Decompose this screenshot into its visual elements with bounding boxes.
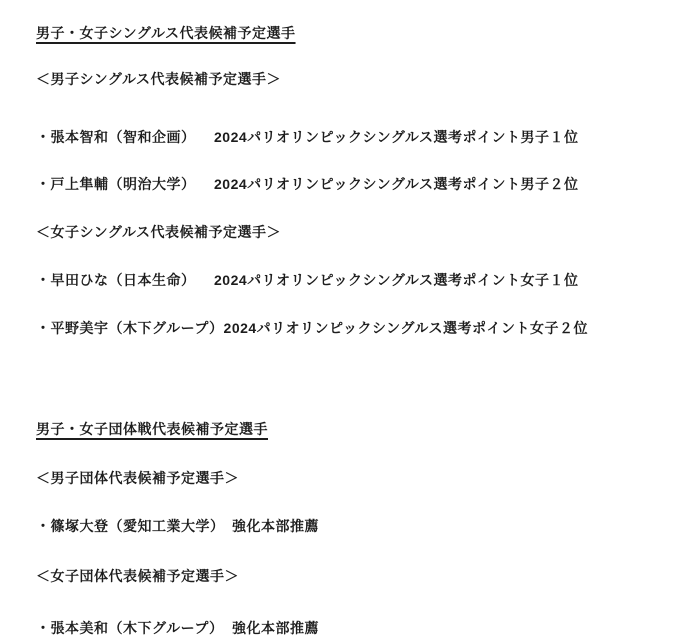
player-note: 2024パリオリンピックシングルス選考ポイント女子２位 xyxy=(224,319,588,337)
player-row: ・張本智和（智和企画） 2024パリオリンピックシングルス選考ポイント男子１位 xyxy=(36,128,578,146)
player-note: 2024パリオリンピックシングルス選考ポイント女子１位 xyxy=(214,271,578,289)
subheading-womens-team: ＜女子団体代表候補予定選手＞ xyxy=(36,567,239,585)
player-name: ・平野美宇（木下グループ） xyxy=(36,319,224,337)
document-page: 男子・女子シングルス代表候補予定選手 ＜男子シングルス代表候補予定選手＞ ・張本… xyxy=(0,0,700,643)
subheading-mens-singles: ＜男子シングルス代表候補予定選手＞ xyxy=(36,70,281,88)
player-note: 2024パリオリンピックシングルス選考ポイント男子１位 xyxy=(214,128,578,146)
player-row: ・平野美宇（木下グループ） 2024パリオリンピックシングルス選考ポイント女子２… xyxy=(36,319,588,337)
section-heading-singles: 男子・女子シングルス代表候補予定選手 xyxy=(36,24,296,42)
player-name: ・張本美和（木下グループ） xyxy=(36,619,232,637)
player-row: ・篠塚大登（愛知工業大学） 強化本部推薦 xyxy=(36,517,319,535)
player-note: 強化本部推薦 xyxy=(232,517,319,535)
player-name: ・張本智和（智和企画） xyxy=(36,128,214,146)
player-note: 2024パリオリンピックシングルス選考ポイント男子２位 xyxy=(214,175,578,193)
player-name: ・早田ひな（日本生命） xyxy=(36,271,214,289)
player-note: 強化本部推薦 xyxy=(232,619,319,637)
player-row: ・張本美和（木下グループ） 強化本部推薦 xyxy=(36,619,319,637)
player-row: ・早田ひな（日本生命） 2024パリオリンピックシングルス選考ポイント女子１位 xyxy=(36,271,578,289)
subheading-womens-singles: ＜女子シングルス代表候補予定選手＞ xyxy=(36,223,281,241)
subheading-mens-team: ＜男子団体代表候補予定選手＞ xyxy=(36,469,239,487)
player-name: ・篠塚大登（愛知工業大学） xyxy=(36,517,232,535)
player-row: ・戸上隼輔（明治大学） 2024パリオリンピックシングルス選考ポイント男子２位 xyxy=(36,175,578,193)
section-heading-team: 男子・女子団体戦代表候補予定選手 xyxy=(36,420,268,438)
player-name: ・戸上隼輔（明治大学） xyxy=(36,175,214,193)
